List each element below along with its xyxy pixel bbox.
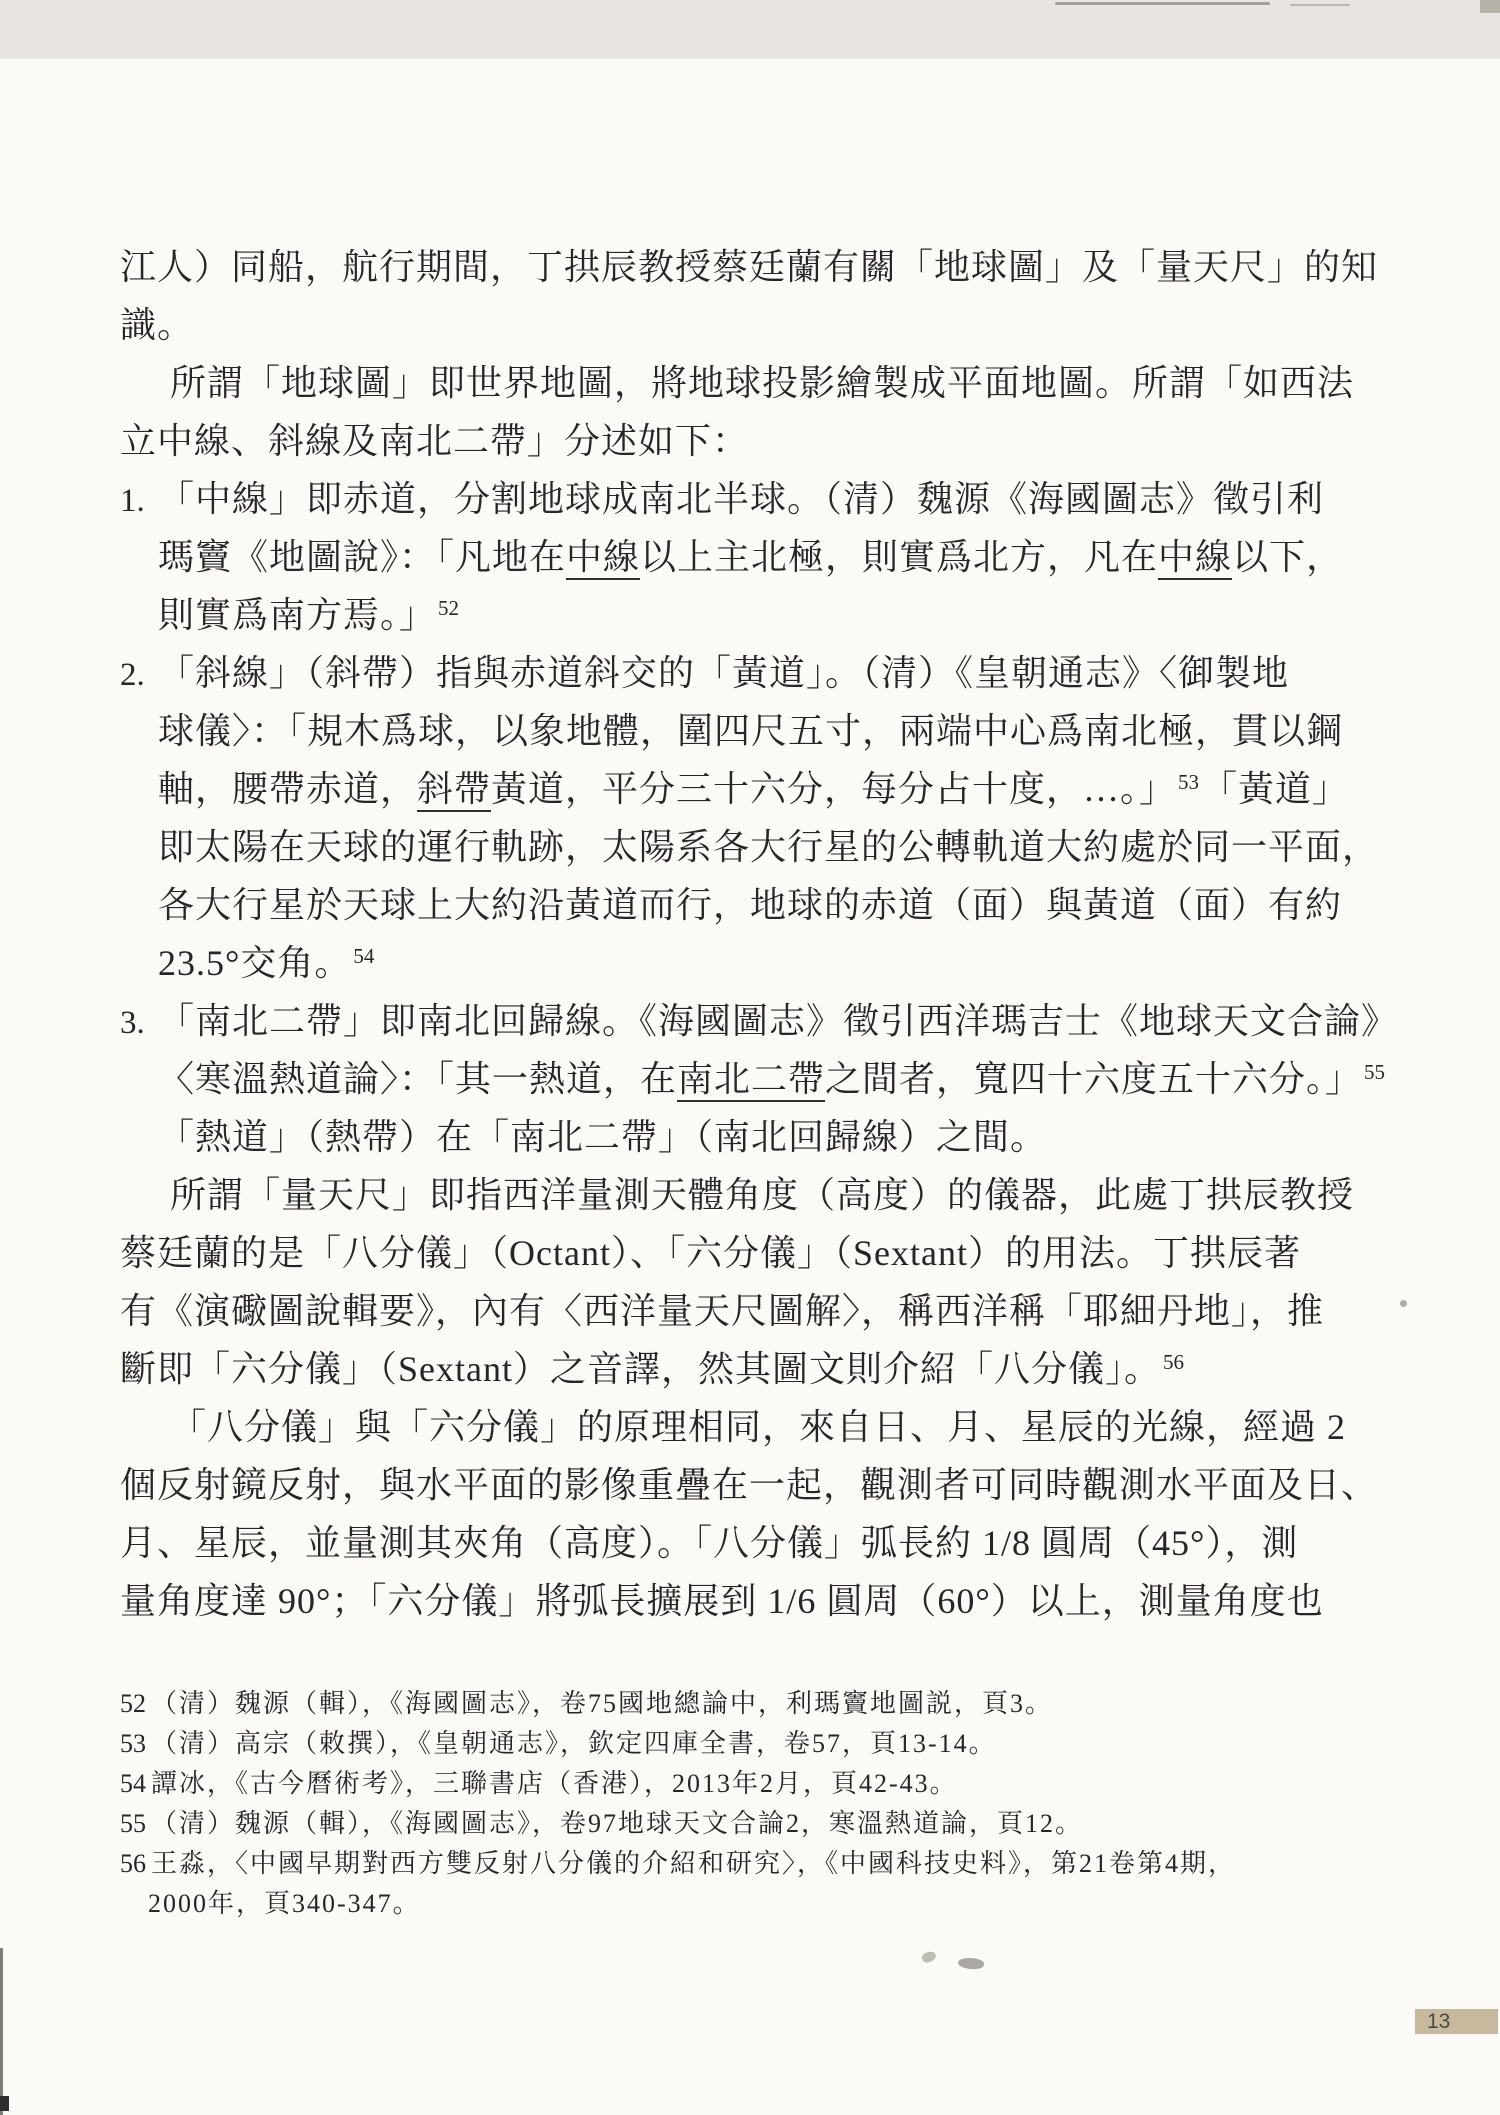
text-line: 軸，腰帶赤道，斜帶黃道，平分三十六分，每分占十度，…。」53「黃道」 <box>120 760 1450 818</box>
proper-name-underline: 斜帶 <box>417 769 491 812</box>
text-line: 1.「中線」即赤道，分割地球成南北半球。（清）魏源《海國圖志》徵引利 <box>120 470 1450 528</box>
text-segment: 蔡廷蘭的是「八分儀」（Octant）、「六分儀」（Sextant）的用法。丁拱辰… <box>120 1233 1301 1273</box>
footnote-number: 53 <box>120 1724 146 1764</box>
text-segment: 以上主北極，則實爲北方，凡在 <box>640 537 1158 577</box>
text-line: 3.「南北二帶」即南北回歸線。《海國圖志》徵引西洋瑪吉士《地球天文合論》 <box>120 992 1450 1050</box>
text-line: 2.「斜線」（斜帶）指與赤道斜交的「黃道」。（清）《皇朝通志》〈御製地 <box>120 644 1450 702</box>
text-line: 有《演礮圖說輯要》，內有〈西洋量天尺圖解〉，稱西洋稱「耶細丹地」，推 <box>120 1282 1450 1340</box>
footnotes: 52（清）魏源（輯），《海國圖志》，卷75國地總論中，利瑪竇地圖説，頁3。53（… <box>120 1684 1460 1924</box>
list-item: 3.「南北二帶」即南北回歸線。《海國圖志》徵引西洋瑪吉士《地球天文合論》〈寒溫熱… <box>120 992 1450 1166</box>
text-line: 江人）同船，航行期間，丁拱辰教授蔡廷蘭有關「地球圖」及「量天尺」的知 <box>120 238 1450 296</box>
scanned-document-page: 江人）同船，航行期間，丁拱辰教授蔡廷蘭有關「地球圖」及「量天尺」的知識。所謂「地… <box>0 0 1500 2115</box>
text-segment: 即太陽在天球的運行軌跡，太陽系各大行星的公轉軌道大約處於同一平面， <box>158 827 1379 867</box>
text-segment: 球儀〉：「規木爲球，以象地體，圍四尺五寸，兩端中心爲南北極，貫以鋼 <box>158 711 1343 751</box>
scan-top-band <box>0 0 1500 59</box>
footnote-number: 56 <box>120 1844 146 1884</box>
proper-name-underline: 中線 <box>566 537 640 580</box>
footnote-text: 譚冰，《古今曆術考》，三聯書店（香港），2013年2月，頁42-43。 <box>151 1769 958 1798</box>
text-segment: 所謂「量天尺」即指西洋量測天體角度（高度）的儀器，此處丁拱辰教授 <box>170 1175 1354 1215</box>
scan-corner-mark <box>0 2096 9 2111</box>
paragraph: 所謂「地球圖」即世界地圖，將地球投影繪製成平面地圖。所謂「如西法立中線、斜線及南… <box>120 354 1450 470</box>
text-segment: 「熱道」（熱帶）在「南北二帶」（南北回歸線）之間。 <box>158 1117 1047 1157</box>
footnote-line: 55（清）魏源（輯），《海國圖志》，卷97地球天文合論2，寒溫熱道論，頁12。 <box>120 1804 1460 1844</box>
text-segment: 23.5°交角。 <box>158 943 351 983</box>
text-segment: 軸，腰帶赤道， <box>158 769 417 809</box>
text-segment: 以下， <box>1232 537 1343 577</box>
text-line: 〈寒溫熱道論〉：「其一熱道，在南北二帶之間者，寬四十六度五十六分。」55 <box>120 1050 1450 1108</box>
text-segment: 個反射鏡反射，與水平面的影像重疊在一起，觀測者可同時觀測水平面及日、 <box>120 1465 1378 1505</box>
footnote-line: 56王淼，〈中國早期對西方雙反射八分儀的介紹和研究〉，《中國科技史料》，第21卷… <box>120 1844 1460 1884</box>
text-line: 23.5°交角。54 <box>120 934 1450 992</box>
text-line: 斷即「六分儀」（Sextant）之音譯，然其圖文則介紹「八分儀」。56 <box>120 1340 1450 1398</box>
footnote-line: 54譚冰，《古今曆術考》，三聯書店（香港），2013年2月，頁42-43。 <box>120 1764 1460 1804</box>
footnote-text: 王淼，〈中國早期對西方雙反射八分儀的介紹和研究〉，《中國科技史料》，第21卷第4… <box>151 1849 1236 1878</box>
page-number-badge: 13 <box>1415 2009 1498 2034</box>
text-line: 月、星辰，並量測其夾角（高度）。「八分儀」弧長約 1/8 圓周（45°），測 <box>120 1514 1450 1572</box>
text-line: 蔡廷蘭的是「八分儀」（Octant）、「六分儀」（Sextant）的用法。丁拱辰… <box>120 1224 1450 1282</box>
text-segment: 立中線、斜線及南北二帶」分述如下： <box>120 421 749 461</box>
footnote-line: 2000年，頁340-347。 <box>120 1884 1460 1924</box>
list-marker: 1. <box>120 472 158 530</box>
footnote-ref: 54 <box>353 944 374 968</box>
text-segment: 之間者，寬四十六度五十六分。」 <box>825 1059 1362 1099</box>
footnote-ref: 52 <box>438 596 459 620</box>
paragraph: 江人）同船，航行期間，丁拱辰教授蔡廷蘭有關「地球圖」及「量天尺」的知識。 <box>120 238 1450 354</box>
text-segment: 〈寒溫熱道論〉：「其一熱道，在 <box>158 1059 677 1099</box>
text-segment: 斷即「六分儀」（Sextant）之音譯，然其圖文則介紹「八分儀」。 <box>120 1349 1161 1389</box>
text-segment: 有《演礮圖說輯要》，內有〈西洋量天尺圖解〉，稱西洋稱「耶細丹地」，推 <box>120 1291 1324 1331</box>
paragraph: 「八分儀」與「六分儀」的原理相同，來自日、月、星辰的光線，經過 2個反射鏡反射，… <box>120 1398 1450 1630</box>
list-marker: 3. <box>120 994 158 1052</box>
body-text: 江人）同船，航行期間，丁拱辰教授蔡廷蘭有關「地球圖」及「量天尺」的知識。所謂「地… <box>120 238 1450 1630</box>
text-segment: 「中線」即赤道，分割地球成南北半球。（清）魏源《海國圖志》徵引利 <box>158 479 1324 519</box>
footnote-text: （清）魏源（輯），《海國圖志》，卷75國地總論中，利瑪竇地圖説，頁3。 <box>151 1689 1053 1718</box>
footnote-ref: 53 <box>1178 770 1199 794</box>
text-line: 個反射鏡反射，與水平面的影像重疊在一起，觀測者可同時觀測水平面及日、 <box>120 1456 1450 1514</box>
text-segment: 「斜線」（斜帶）指與赤道斜交的「黃道」。（清）《皇朝通志》〈御製地 <box>158 653 1289 693</box>
text-segment: 則實爲南方焉。」 <box>158 595 436 635</box>
text-line: 各大行星於天球上大約沿黃道而行，地球的赤道（面）與黃道（面）有約 <box>120 876 1450 934</box>
text-line: 立中線、斜線及南北二帶」分述如下： <box>120 412 1450 470</box>
text-line: 「熱道」（熱帶）在「南北二帶」（南北回歸線）之間。 <box>120 1108 1450 1166</box>
text-line: 量角度達 90°；「六分儀」將弧長擴展到 1/6 圓周（60°）以上，測量角度也 <box>120 1572 1450 1630</box>
footnote-ref: 56 <box>1163 1350 1184 1374</box>
footnote-number: 52 <box>120 1684 146 1724</box>
text-segment: 黃道，平分三十六分，每分占十度，…。」 <box>491 769 1176 809</box>
text-line: 球儀〉：「規木爲球，以象地體，圍四尺五寸，兩端中心爲南北極，貫以鋼 <box>120 702 1450 760</box>
text-line: 瑪竇《地圖說》：「凡地在中線以上主北極，則實爲北方，凡在中線以下， <box>120 528 1450 586</box>
text-line: 所謂「地球圖」即世界地圖，將地球投影繪製成平面地圖。所謂「如西法 <box>120 354 1450 412</box>
text-line: 「八分儀」與「六分儀」的原理相同，來自日、月、星辰的光線，經過 2 <box>120 1398 1450 1456</box>
scan-artifact-corner <box>1480 0 1500 13</box>
scan-edge-shadow <box>0 1948 3 2115</box>
text-segment: 江人）同船，航行期間，丁拱辰教授蔡廷蘭有關「地球圖」及「量天尺」的知 <box>120 247 1378 287</box>
text-line: 識。 <box>120 296 1450 354</box>
text-line: 則實爲南方焉。」52 <box>120 586 1450 644</box>
text-segment: 「南北二帶」即南北回歸線。《海國圖志》徵引西洋瑪吉士《地球天文合論》 <box>158 1001 1398 1041</box>
footnote-line: 53（清）高宗（敕撰），《皇朝通志》，欽定四庫全書，卷57，頁13-14。 <box>120 1724 1460 1764</box>
list-item: 2.「斜線」（斜帶）指與赤道斜交的「黃道」。（清）《皇朝通志》〈御製地球儀〉：「… <box>120 644 1450 992</box>
text-segment: 各大行星於天球上大約沿黃道而行，地球的赤道（面）與黃道（面）有約 <box>158 885 1342 925</box>
footnote-line: 52（清）魏源（輯），《海國圖志》，卷75國地總論中，利瑪竇地圖説，頁3。 <box>120 1684 1460 1724</box>
footnote-text: 2000年，頁340-347。 <box>148 1889 421 1918</box>
text-segment: 月、星辰，並量測其夾角（高度）。「八分儀」弧長約 1/8 圓周（45°），測 <box>120 1523 1298 1563</box>
proper-name-underline: 南北二帶 <box>677 1059 825 1102</box>
text-line: 所謂「量天尺」即指西洋量測天體角度（高度）的儀器，此處丁拱辰教授 <box>120 1166 1450 1224</box>
text-segment: 識。 <box>120 305 194 345</box>
footnote-text: （清）高宗（敕撰），《皇朝通志》，欽定四庫全書，卷57，頁13-14。 <box>151 1729 997 1758</box>
footnote-number: 55 <box>120 1804 146 1844</box>
text-line: 即太陽在天球的運行軌跡，太陽系各大行星的公轉軌道大約處於同一平面， <box>120 818 1450 876</box>
footnote-text: （清）魏源（輯），《海國圖志》，卷97地球天文合論2，寒溫熱道論，頁12。 <box>151 1809 1083 1838</box>
page-number: 13 <box>1427 2010 1450 2033</box>
footnote-ref: 55 <box>1364 1060 1385 1084</box>
scan-smudge <box>921 1950 938 1965</box>
list-marker: 2. <box>120 646 158 704</box>
text-segment: 量角度達 90°；「六分儀」將弧長擴展到 1/6 圓周（60°）以上，測量角度也 <box>120 1581 1324 1621</box>
scan-smudge <box>957 1956 984 1971</box>
scan-artifact-line <box>1290 4 1350 6</box>
text-segment: 「黃道」 <box>1201 769 1349 809</box>
paragraph: 所謂「量天尺」即指西洋量測天體角度（高度）的儀器，此處丁拱辰教授蔡廷蘭的是「八分… <box>120 1166 1450 1398</box>
text-segment: 「八分儀」與「六分儀」的原理相同，來自日、月、星辰的光線，經過 2 <box>170 1407 1346 1447</box>
text-segment: 所謂「地球圖」即世界地圖，將地球投影繪製成平面地圖。所謂「如西法 <box>170 363 1354 403</box>
proper-name-underline: 中線 <box>1158 537 1232 580</box>
text-segment: 瑪竇《地圖說》：「凡地在 <box>158 537 566 577</box>
list-item: 1.「中線」即赤道，分割地球成南北半球。（清）魏源《海國圖志》徵引利瑪竇《地圖說… <box>120 470 1450 644</box>
footnote-number: 54 <box>120 1764 146 1804</box>
scan-artifact-line <box>1055 2 1270 5</box>
